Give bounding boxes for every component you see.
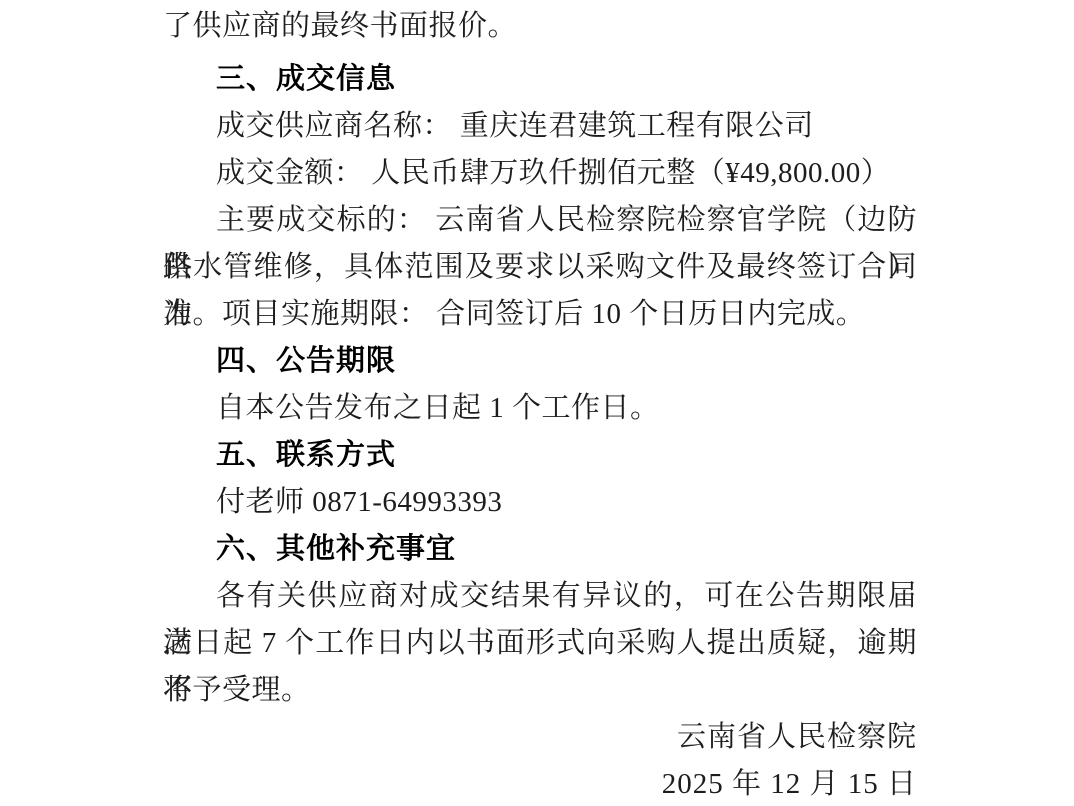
line-award-subject-part-3: 准。项目实施期限： 合同签订后 10 个日历日内完成。: [163, 291, 917, 338]
line-announcement-period: 自本公告发布之日起 1 个工作日。: [163, 385, 917, 432]
line-issue-date: 2025 年 12 月 15 日: [163, 761, 917, 806]
line-objection-part-3: 不予受理。: [163, 667, 917, 714]
line-award-subject-part-2: 供水管维修，具体范围及要求以采购文件及最终签订合同为: [163, 244, 917, 291]
heading-section-6-other-matters: 六、其他补充事宜: [163, 526, 917, 573]
heading-section-5-contact-info: 五、联系方式: [163, 432, 917, 479]
line-objection-part-2: 之日起 7 个工作日内以书面形式向采购人提出质疑，逾期将: [163, 620, 917, 667]
line-winning-supplier-name: 成交供应商名称： 重庆连君建筑工程有限公司: [163, 103, 917, 150]
line-contact-person-phone: 付老师 0871-64993393: [163, 479, 917, 526]
line-award-amount: 成交金额： 人民币肆万玖仟捌佰元整（¥49,800.00）: [163, 150, 917, 197]
heading-section-4-announcement-period: 四、公告期限: [163, 338, 917, 385]
line-objection-part-1: 各有关供应商对成交结果有异议的，可在公告期限届满: [163, 573, 917, 620]
paragraph-continuation-line: 了供应商的最终书面报价。: [163, 3, 917, 50]
heading-section-3-award-info: 三、成交信息: [163, 56, 917, 103]
line-award-subject-part-1: 主要成交标的： 云南省人民检察院检察官学院（边防路）: [163, 197, 917, 244]
document-page: 了供应商的最终书面报价。 三、成交信息 成交供应商名称： 重庆连君建筑工程有限公…: [0, 0, 1074, 806]
line-issuer-organization: 云南省人民检察院: [163, 714, 917, 761]
